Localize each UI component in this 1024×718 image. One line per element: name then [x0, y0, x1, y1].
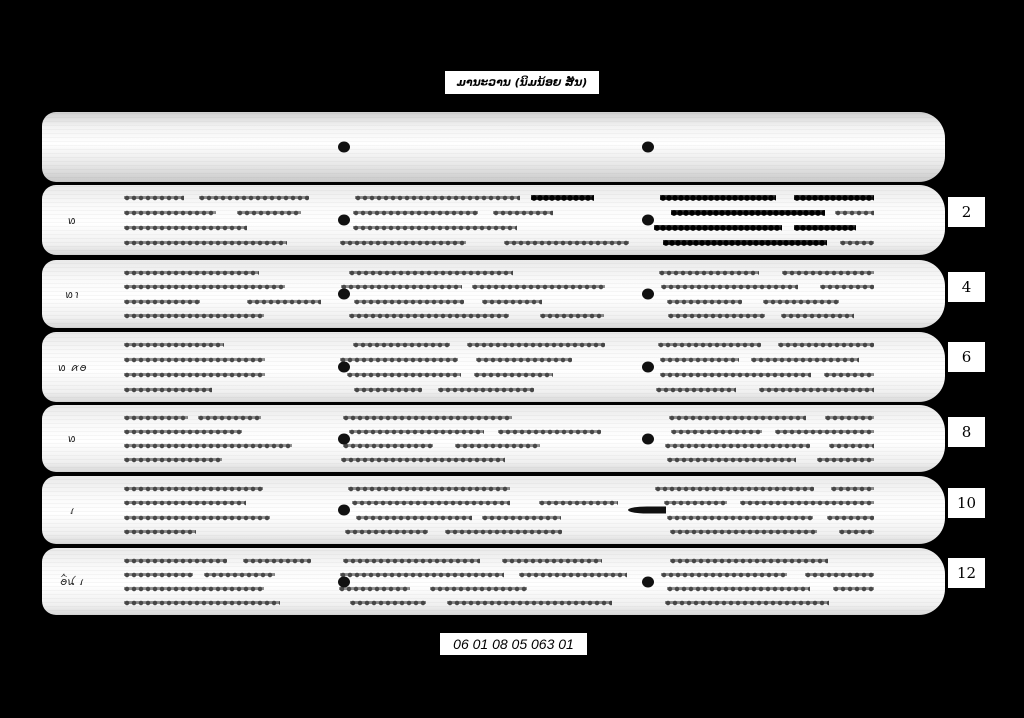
script-word — [124, 597, 280, 608]
script-word — [348, 483, 510, 494]
script-word — [343, 440, 433, 451]
script-word — [740, 497, 874, 508]
script-word — [482, 512, 561, 523]
script-word — [660, 192, 776, 203]
script-word — [124, 583, 264, 594]
script-word — [671, 426, 762, 437]
script-word — [341, 454, 505, 465]
script-word — [482, 296, 542, 307]
script-word — [353, 207, 478, 218]
script-word — [778, 339, 874, 350]
script-line — [124, 512, 875, 523]
script-word — [665, 597, 829, 608]
script-word — [839, 526, 874, 537]
script-word — [663, 237, 827, 248]
leaf-marginal-note: ꪭꪱ — [52, 260, 92, 328]
script-word — [658, 339, 761, 350]
script-word — [340, 237, 466, 248]
script-word — [472, 281, 605, 292]
script-word — [354, 296, 464, 307]
script-word — [353, 339, 450, 350]
script-line — [124, 440, 875, 451]
script-line — [124, 454, 875, 465]
leaf-marginal-note: ꪮꪲꪙ ꪹ — [52, 548, 92, 615]
script-word — [124, 569, 193, 580]
script-lines — [124, 483, 875, 537]
script-line — [124, 207, 875, 218]
script-word — [667, 583, 810, 594]
script-line — [124, 281, 875, 292]
script-word — [124, 512, 270, 523]
script-word — [345, 526, 428, 537]
page-number-label: 6 — [948, 342, 985, 372]
script-word — [343, 412, 512, 423]
script-line — [124, 412, 875, 423]
script-word — [124, 412, 188, 423]
string-hole-right — [642, 142, 654, 153]
blank-cover-leaf — [42, 112, 945, 182]
manuscript-leaf: ꪮꪲꪙ ꪹ — [42, 548, 945, 615]
script-word — [445, 526, 562, 537]
script-word — [124, 310, 264, 321]
script-word — [835, 207, 874, 218]
script-word — [343, 555, 480, 566]
script-lines — [124, 267, 875, 321]
script-word — [840, 237, 874, 248]
script-word — [124, 369, 265, 380]
script-word — [794, 192, 874, 203]
script-word — [243, 555, 311, 566]
leaf-marginal-note: ꪭ — [52, 405, 92, 472]
script-word — [124, 192, 184, 203]
script-word — [660, 369, 811, 380]
script-word — [347, 369, 461, 380]
script-line — [124, 426, 875, 437]
script-word — [833, 583, 874, 594]
script-line — [124, 597, 875, 608]
script-word — [668, 310, 765, 321]
script-word — [831, 483, 874, 494]
script-line — [124, 569, 875, 580]
script-word — [124, 497, 246, 508]
script-word — [493, 207, 553, 218]
script-word — [781, 310, 854, 321]
script-word — [540, 310, 604, 321]
script-word — [124, 267, 259, 278]
script-line — [124, 483, 875, 494]
script-word — [660, 354, 739, 365]
script-word — [349, 310, 509, 321]
script-word — [664, 497, 727, 508]
script-line — [124, 267, 875, 278]
script-word — [654, 222, 782, 233]
script-word — [502, 555, 602, 566]
script-word — [825, 412, 874, 423]
script-line — [124, 237, 875, 248]
script-word — [124, 339, 224, 350]
script-word — [671, 207, 825, 218]
script-word — [763, 296, 839, 307]
manuscript-leaf: ꪭ — [42, 405, 945, 472]
script-word — [124, 354, 265, 365]
script-word — [827, 512, 874, 523]
page-number-label: 8 — [948, 417, 985, 447]
script-word — [665, 440, 810, 451]
manuscript-leaf: ꪭꪱ — [42, 260, 945, 328]
manuscript-leaf: ꪭ — [42, 185, 945, 255]
page-number-label: 4 — [948, 272, 985, 302]
script-word — [775, 426, 874, 437]
page-number-label: 12 — [948, 558, 985, 588]
script-word — [124, 237, 287, 248]
script-word — [199, 192, 309, 203]
script-word — [824, 369, 874, 380]
script-line — [124, 296, 875, 307]
script-word — [124, 426, 242, 437]
script-lines — [124, 339, 875, 395]
script-word — [447, 597, 612, 608]
script-line — [124, 354, 875, 365]
script-word — [354, 384, 422, 395]
script-word — [430, 583, 527, 594]
script-word — [124, 222, 247, 233]
leaf-marginal-note: ꪹ — [52, 476, 92, 544]
script-word — [124, 281, 285, 292]
script-word — [340, 354, 458, 365]
script-word — [355, 192, 520, 203]
script-word — [124, 555, 227, 566]
script-word — [350, 597, 426, 608]
manuscript-leaf: ꪭ ꪁꪮ — [42, 332, 945, 402]
script-word — [498, 426, 601, 437]
script-word — [438, 384, 534, 395]
leaf-marginal-note: ꪭ ꪁꪮ — [52, 332, 92, 402]
script-word — [667, 296, 742, 307]
script-word — [667, 454, 796, 465]
script-word — [124, 454, 222, 465]
script-word — [655, 483, 814, 494]
catalog-number-label: 06 01 08 05 063 01 — [440, 633, 587, 655]
script-word — [519, 569, 627, 580]
script-word — [237, 207, 301, 218]
script-word — [124, 526, 196, 537]
script-word — [124, 440, 292, 451]
manuscript-title-label: ມານະວານ (ນິມນ້ອຍ ສັນ) — [445, 71, 599, 94]
script-word — [353, 222, 517, 233]
script-word — [204, 569, 275, 580]
script-line — [124, 222, 875, 233]
script-word — [751, 354, 859, 365]
script-word — [794, 222, 856, 233]
script-word — [474, 369, 553, 380]
script-word — [341, 281, 462, 292]
leaf-marginal-note: ꪭ — [52, 185, 92, 255]
script-word — [504, 237, 629, 248]
script-word — [349, 426, 484, 437]
script-word — [667, 512, 813, 523]
script-lines — [124, 555, 875, 608]
script-word — [661, 281, 798, 292]
script-word — [352, 497, 510, 508]
script-word — [829, 440, 874, 451]
script-word — [339, 583, 410, 594]
page-number-label: 10 — [948, 488, 985, 518]
script-word — [670, 555, 828, 566]
script-word — [124, 384, 212, 395]
script-word — [356, 512, 472, 523]
script-word — [661, 569, 787, 580]
script-line — [124, 497, 875, 508]
script-word — [124, 296, 200, 307]
script-word — [247, 296, 321, 307]
script-word — [340, 569, 504, 580]
script-word — [124, 483, 263, 494]
script-line — [124, 339, 875, 350]
script-word — [531, 192, 594, 203]
script-word — [656, 384, 736, 395]
script-lines — [124, 412, 875, 465]
script-word — [476, 354, 572, 365]
script-word — [467, 339, 605, 350]
string-hole-left — [338, 142, 350, 153]
script-word — [820, 281, 874, 292]
script-word — [670, 526, 817, 537]
script-word — [817, 454, 874, 465]
script-lines — [124, 192, 875, 248]
script-line — [124, 555, 875, 566]
script-word — [124, 207, 216, 218]
script-word — [805, 569, 874, 580]
script-word — [539, 497, 618, 508]
script-word — [759, 384, 874, 395]
script-line — [124, 526, 875, 537]
script-line — [124, 369, 875, 380]
script-line — [124, 583, 875, 594]
script-line — [124, 384, 875, 395]
manuscript-leaf: ꪹ — [42, 476, 945, 544]
page-number-label: 2 — [948, 197, 985, 227]
script-word — [782, 267, 874, 278]
script-word — [659, 267, 759, 278]
script-word — [198, 412, 261, 423]
script-line — [124, 192, 875, 203]
script-word — [669, 412, 806, 423]
script-word — [455, 440, 540, 451]
script-word — [349, 267, 513, 278]
script-line — [124, 310, 875, 321]
